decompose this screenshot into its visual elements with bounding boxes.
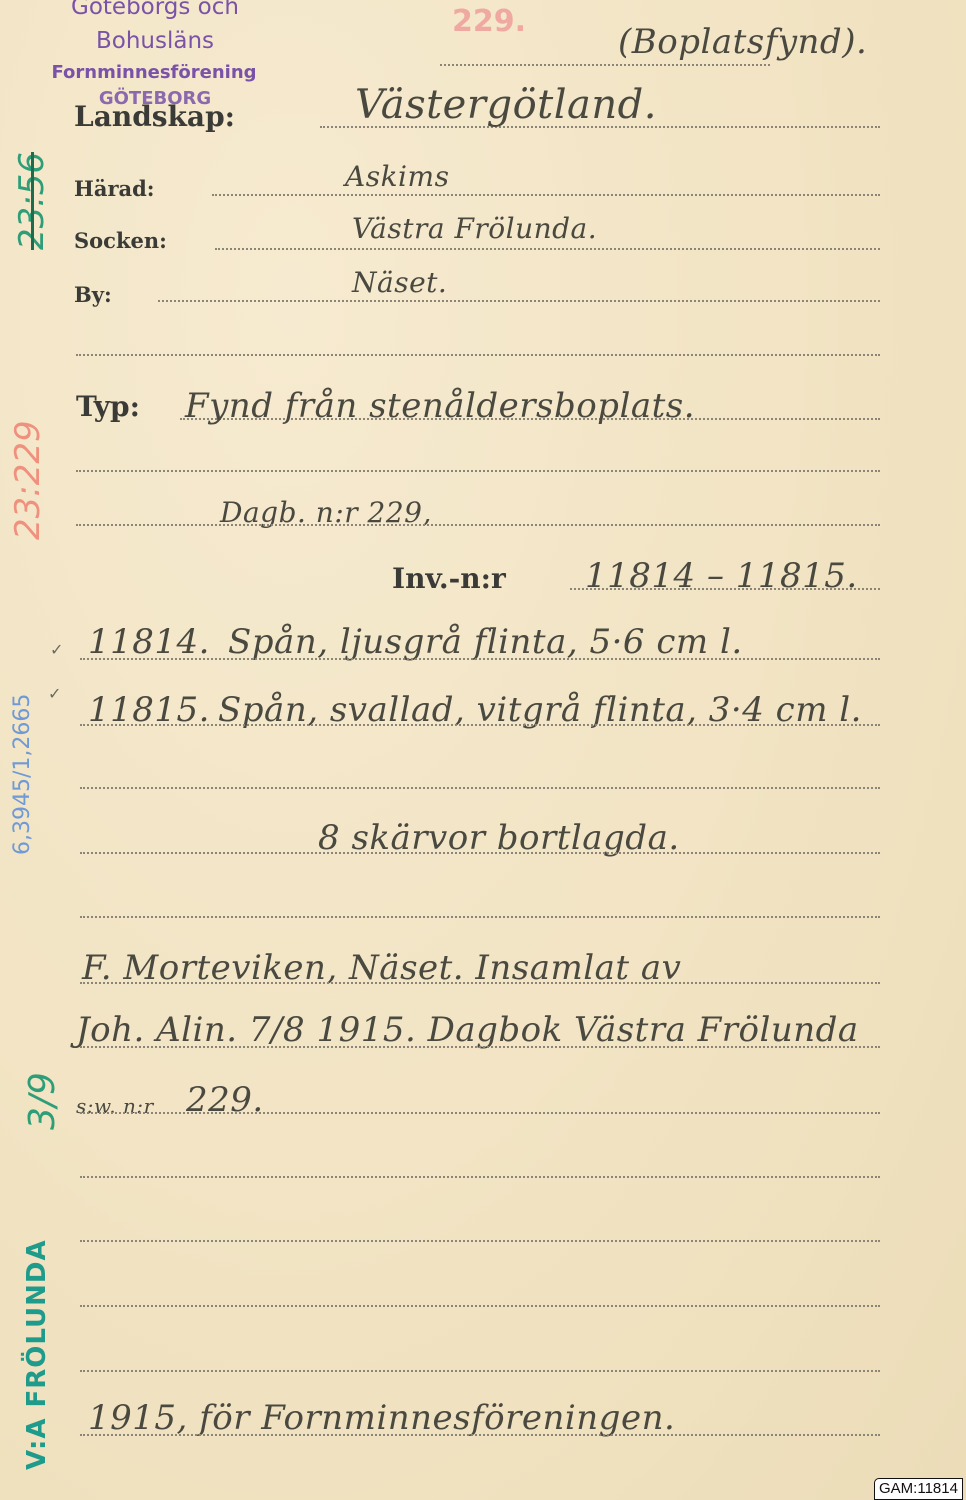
margin-green-bottom-number: 3/9 xyxy=(22,1072,63,1130)
dotted-line xyxy=(158,300,880,302)
check-mark-icon: ✓ xyxy=(50,640,63,659)
stamp-line-1: Göteborgs och xyxy=(30,0,280,20)
stamp-line-3: Fornminnesförening xyxy=(34,62,274,83)
dotted-line xyxy=(440,64,770,66)
value-inv-nr: 11814 – 11815. xyxy=(585,556,858,596)
item-description: Spån, ljusgrå flinta, 5·6 cm l. xyxy=(228,622,743,662)
dotted-line xyxy=(80,852,880,854)
label-by: By: xyxy=(74,282,112,307)
dotted-line xyxy=(80,982,880,984)
dotted-line xyxy=(215,248,880,250)
label-inv-nr: Inv.-n:r xyxy=(392,562,506,595)
dotted-line xyxy=(80,1112,880,1114)
margin-blue: 6,3945/1,2665 xyxy=(10,694,35,855)
value-by: Näset. xyxy=(352,266,447,299)
provenance-line-3-number: 229. xyxy=(186,1080,264,1120)
provenance-line-3-prefix: s:w. n:r xyxy=(76,1094,154,1118)
value-landskap: Västergötland. xyxy=(355,82,657,128)
dotted-line xyxy=(76,524,880,526)
provenance-line-2: Joh. Alin. 7/8 1915. Dagbok Västra Frölu… xyxy=(76,1010,859,1050)
dotted-line xyxy=(80,1434,880,1436)
margin-green-top: 23:56 xyxy=(12,152,52,250)
dotted-line xyxy=(80,658,880,660)
dotted-line xyxy=(80,1370,880,1372)
margin-red: 23:229 xyxy=(8,420,48,540)
check-mark-icon: ✓ xyxy=(48,684,61,703)
dotted-line xyxy=(80,1305,880,1307)
dotted-line xyxy=(80,1046,880,1048)
value-socken: Västra Frölunda. xyxy=(352,212,597,245)
dotted-line xyxy=(80,1240,880,1242)
dotted-line xyxy=(80,724,880,726)
margin-stamp-frolunda: V:A FRÖLUNDA xyxy=(22,1239,52,1470)
stamp-line-2: Bohusläns xyxy=(50,28,260,54)
label-typ: Typ: xyxy=(76,390,140,423)
label-socken: Socken: xyxy=(74,228,167,253)
label-landskap: Landskap: xyxy=(74,100,235,133)
dotted-line xyxy=(80,787,880,789)
dotted-line xyxy=(76,470,880,472)
dotted-line xyxy=(80,1176,880,1178)
value-harad: Askims xyxy=(345,160,449,193)
label-harad: Härad: xyxy=(74,176,155,201)
dotted-line xyxy=(80,916,880,918)
item-number: 11814. xyxy=(88,622,210,662)
dotted-line xyxy=(212,194,880,196)
red-number-top: 229. xyxy=(452,4,526,39)
value-typ: Fynd från stenåldersboplats. xyxy=(185,386,695,426)
dotted-line xyxy=(76,354,880,356)
acquisition-note: 1915, för Fornminnesföreningen. xyxy=(88,1398,675,1438)
catalog-tag: GAM:11814 xyxy=(874,1478,963,1500)
header-note: (Boplatsfynd). xyxy=(618,22,867,62)
